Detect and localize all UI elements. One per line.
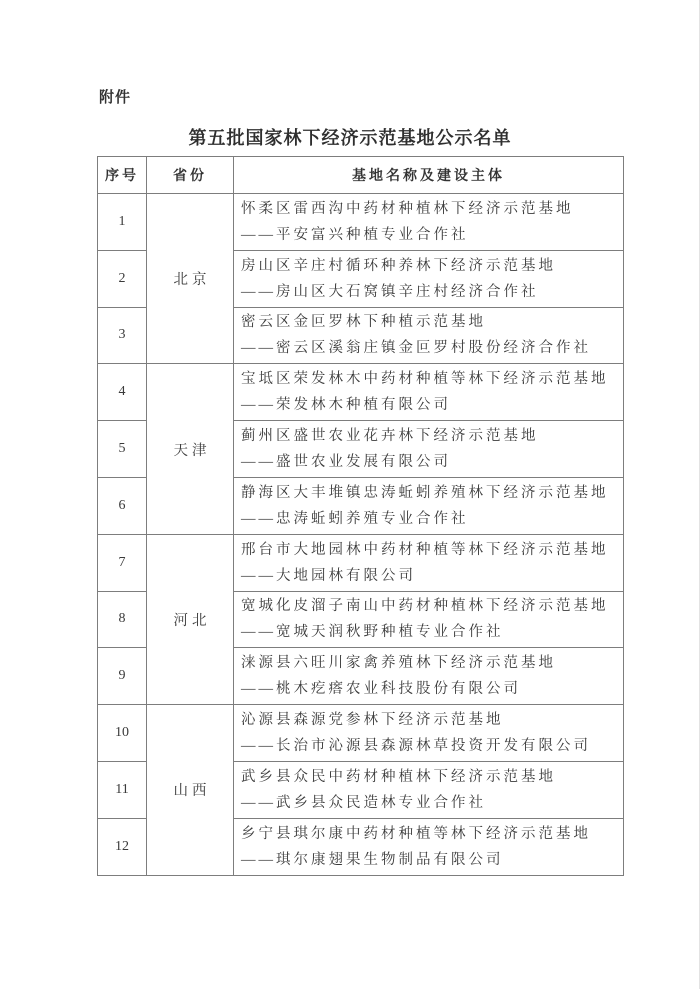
- base-cell: 宝坻区荣发林木中药材种植等林下经济示范基地——荣发林木种植有限公司: [234, 364, 624, 421]
- header-province: 省份: [147, 157, 234, 194]
- serial-cell: 10: [98, 705, 147, 762]
- builder-name: ——桃木疙瘩农业科技股份有限公司: [234, 676, 623, 702]
- builder-name: ——房山区大石窝镇辛庄村经济合作社: [234, 279, 623, 305]
- base-cell: 涞源县六旺川家禽养殖林下经济示范基地——桃木疙瘩农业科技股份有限公司: [234, 648, 624, 705]
- builder-name: ——荣发林木种植有限公司: [234, 392, 623, 418]
- base-cell: 密云区金叵罗林下种植示范基地——密云区溪翁庄镇金叵罗村股份经济合作社: [234, 307, 624, 364]
- attachment-label: 附件: [99, 86, 131, 107]
- base-cell: 蓟州区盛世农业花卉林下经济示范基地——盛世农业发展有限公司: [234, 421, 624, 478]
- base-name: 宝坻区荣发林木中药材种植等林下经济示范基地: [234, 366, 623, 392]
- builder-name: ——平安富兴种植专业合作社: [234, 222, 623, 248]
- document-page: { "page": { "attachment_label": "附件", "t…: [0, 0, 700, 989]
- serial-cell: 11: [98, 761, 147, 818]
- base-cell: 沁源县森源党参林下经济示范基地——长治市沁源县森源林草投资开发有限公司: [234, 705, 624, 762]
- serial-cell: 12: [98, 818, 147, 875]
- table-row: 1北京怀柔区雷西沟中药材种植林下经济示范基地——平安富兴种植专业合作社: [98, 194, 624, 251]
- builder-name: ——盛世农业发展有限公司: [234, 449, 623, 475]
- table-row: 4天津宝坻区荣发林木中药材种植等林下经济示范基地——荣发林木种植有限公司: [98, 364, 624, 421]
- builder-name: ——琪尔康翅果生物制品有限公司: [234, 847, 623, 873]
- serial-cell: 3: [98, 307, 147, 364]
- province-cell: 天津: [147, 364, 234, 534]
- serial-cell: 9: [98, 648, 147, 705]
- province-cell: 北京: [147, 194, 234, 364]
- serial-cell: 5: [98, 421, 147, 478]
- base-name: 静海区大丰堆镇忠涛蚯蚓养殖林下经济示范基地: [234, 480, 623, 506]
- serial-cell: 1: [98, 194, 147, 251]
- province-cell: 山西: [147, 705, 234, 875]
- serial-cell: 7: [98, 534, 147, 591]
- base-cell: 乡宁县琪尔康中药材种植等林下经济示范基地——琪尔康翅果生物制品有限公司: [234, 818, 624, 875]
- base-name: 蓟州区盛世农业花卉林下经济示范基地: [234, 423, 623, 449]
- builder-name: ——长治市沁源县森源林草投资开发有限公司: [234, 733, 623, 759]
- header-base-name: 基地名称及建设主体: [234, 157, 624, 194]
- builder-name: ——密云区溪翁庄镇金叵罗村股份经济合作社: [234, 335, 623, 361]
- base-name: 房山区辛庄村循环种养林下经济示范基地: [234, 253, 623, 279]
- base-cell: 怀柔区雷西沟中药材种植林下经济示范基地——平安富兴种植专业合作社: [234, 194, 624, 251]
- builder-name: ——宽城天润秋野种植专业合作社: [234, 619, 623, 645]
- builder-name: ——大地园林有限公司: [234, 563, 623, 589]
- table-row: 7河北邢台市大地园林中药材种植等林下经济示范基地——大地园林有限公司: [98, 534, 624, 591]
- base-name: 乡宁县琪尔康中药材种植等林下经济示范基地: [234, 821, 623, 847]
- header-row: 序号 省份 基地名称及建设主体: [98, 157, 624, 194]
- base-list-table: 序号 省份 基地名称及建设主体 1北京怀柔区雷西沟中药材种植林下经济示范基地——…: [97, 156, 624, 876]
- builder-name: ——忠涛蚯蚓养殖专业合作社: [234, 506, 623, 532]
- base-name: 邢台市大地园林中药材种植等林下经济示范基地: [234, 537, 623, 563]
- serial-cell: 6: [98, 477, 147, 534]
- serial-cell: 8: [98, 591, 147, 648]
- base-cell: 武乡县众民中药材种植林下经济示范基地——武乡县众民造林专业合作社: [234, 761, 624, 818]
- base-name: 密云区金叵罗林下种植示范基地: [234, 309, 623, 335]
- base-name: 宽城化皮溜子南山中药材种植林下经济示范基地: [234, 593, 623, 619]
- province-cell: 河北: [147, 534, 234, 704]
- base-name: 武乡县众民中药材种植林下经济示范基地: [234, 764, 623, 790]
- table-body: 1北京怀柔区雷西沟中药材种植林下经济示范基地——平安富兴种植专业合作社2房山区辛…: [98, 194, 624, 876]
- base-cell: 宽城化皮溜子南山中药材种植林下经济示范基地——宽城天润秋野种植专业合作社: [234, 591, 624, 648]
- base-name: 怀柔区雷西沟中药材种植林下经济示范基地: [234, 196, 623, 222]
- table-header: 序号 省份 基地名称及建设主体: [98, 157, 624, 194]
- builder-name: ——武乡县众民造林专业合作社: [234, 790, 623, 816]
- serial-cell: 2: [98, 250, 147, 307]
- table-row: 10山西沁源县森源党参林下经济示范基地——长治市沁源县森源林草投资开发有限公司: [98, 705, 624, 762]
- base-cell: 静海区大丰堆镇忠涛蚯蚓养殖林下经济示范基地——忠涛蚯蚓养殖专业合作社: [234, 477, 624, 534]
- serial-cell: 4: [98, 364, 147, 421]
- base-cell: 房山区辛庄村循环种养林下经济示范基地——房山区大石窝镇辛庄村经济合作社: [234, 250, 624, 307]
- header-serial: 序号: [98, 157, 147, 194]
- base-name: 涞源县六旺川家禽养殖林下经济示范基地: [234, 650, 623, 676]
- base-cell: 邢台市大地园林中药材种植等林下经济示范基地——大地园林有限公司: [234, 534, 624, 591]
- page-title: 第五批国家林下经济示范基地公示名单: [0, 124, 700, 150]
- base-name: 沁源县森源党参林下经济示范基地: [234, 707, 623, 733]
